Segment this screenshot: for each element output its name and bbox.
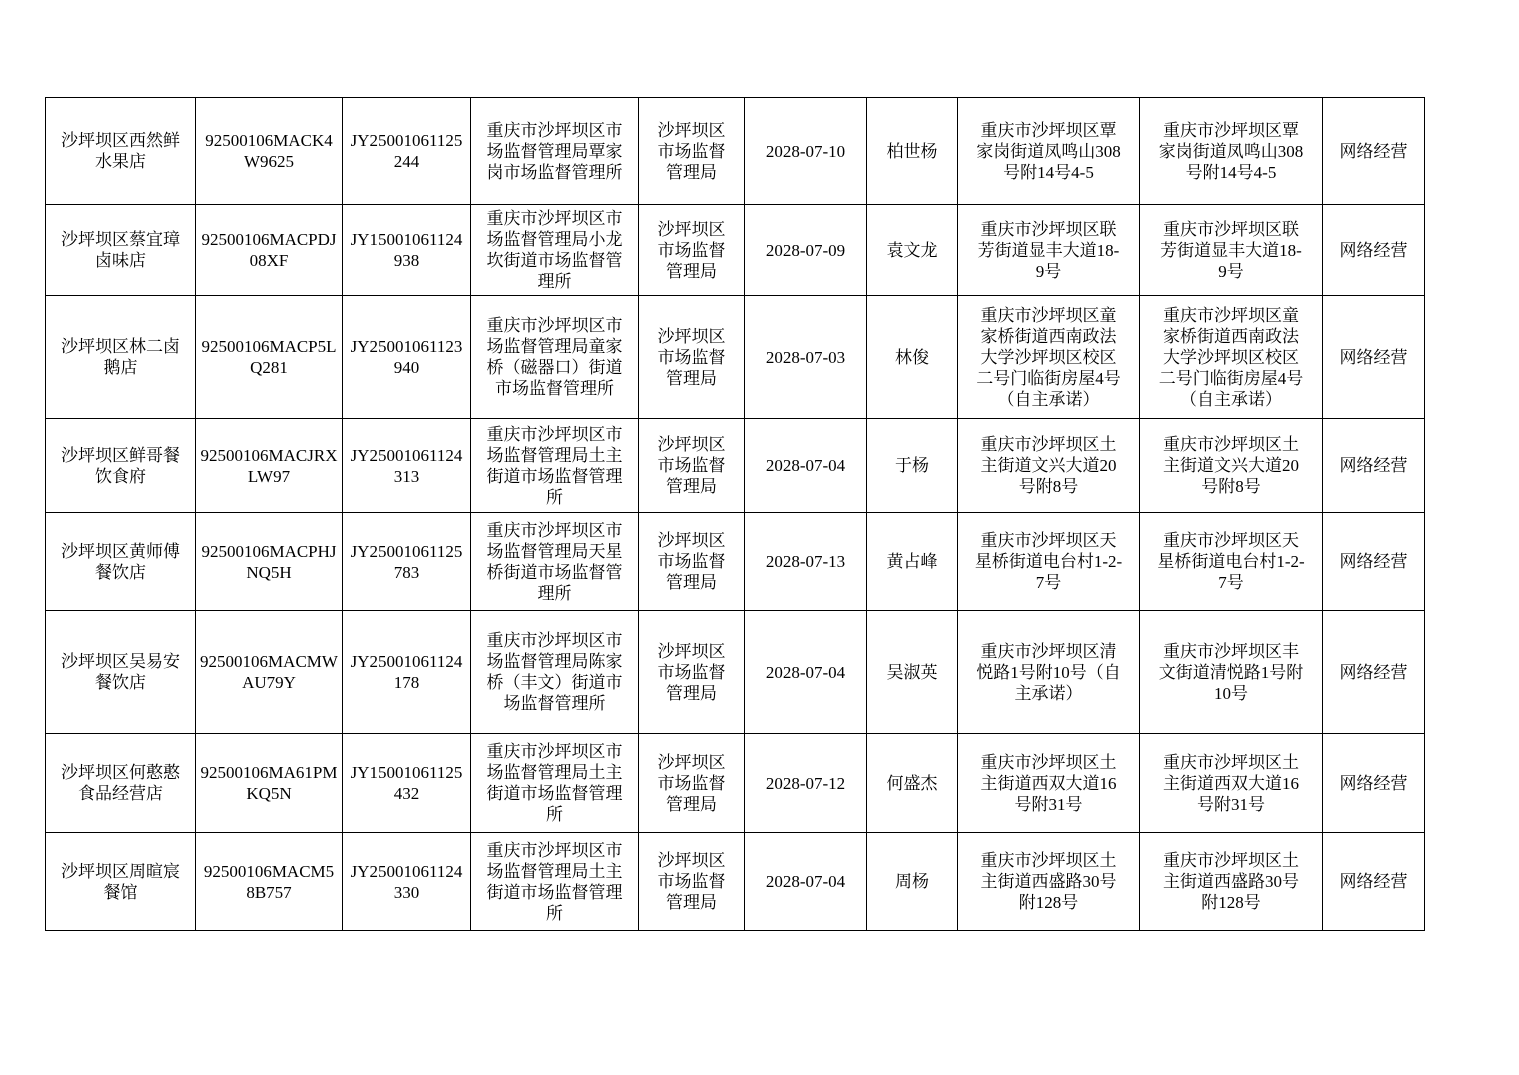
table-row: 沙坪坝区西然鲜水果店 92500106MACK4W9625 JY25001061… <box>46 98 1425 205</box>
cell-valid-date: 2028-07-13 <box>745 513 867 611</box>
cell-valid-date: 2028-07-04 <box>745 419 867 513</box>
cell-business-scope: 网络经营 <box>1323 296 1425 419</box>
cell-business-scope: 网络经营 <box>1323 833 1425 931</box>
cell-operator-name: 柏世杨 <box>867 98 958 205</box>
cell-premises-address: 重庆市沙坪坝区天星桥街道电台村1-2-7号 <box>1140 513 1323 611</box>
cell-credit-code: 92500106MACPHJNQ5H <box>196 513 343 611</box>
table-row: 沙坪坝区林二卤鹅店 92500106MACP5LQ281 JY250010611… <box>46 296 1425 419</box>
cell-business-scope: 网络经营 <box>1323 611 1425 734</box>
cell-license-no: JY15001061125432 <box>343 734 471 833</box>
cell-valid-date: 2028-07-04 <box>745 611 867 734</box>
cell-store-name: 沙坪坝区蔡宜璋卤味店 <box>46 205 196 296</box>
cell-issuing-office: 重庆市沙坪坝区市场监督管理局童家桥（磁器口）街道市场监督管理所 <box>471 296 639 419</box>
cell-store-name: 沙坪坝区西然鲜水果店 <box>46 98 196 205</box>
cell-issuing-office: 重庆市沙坪坝区市场监督管理局土主街道市场监督管理所 <box>471 419 639 513</box>
table-row: 沙坪坝区何憨憨食品经营店 92500106MA61PMKQ5N JY150010… <box>46 734 1425 833</box>
cell-issuing-office: 重庆市沙坪坝区市场监督管理局小龙坎街道市场监督管理所 <box>471 205 639 296</box>
cell-license-no: JY25001061125244 <box>343 98 471 205</box>
cell-authority: 沙坪坝区市场监督管理局 <box>639 419 745 513</box>
cell-premises-address: 重庆市沙坪坝区丰文街道清悦路1号附10号 <box>1140 611 1323 734</box>
cell-business-scope: 网络经营 <box>1323 734 1425 833</box>
cell-issuing-office: 重庆市沙坪坝区市场监督管理局陈家桥（丰文）街道市场监督管理所 <box>471 611 639 734</box>
cell-valid-date: 2028-07-10 <box>745 98 867 205</box>
cell-operator-name: 黄占峰 <box>867 513 958 611</box>
table-row: 沙坪坝区吴易安餐饮店 92500106MACMWAU79Y JY25001061… <box>46 611 1425 734</box>
table-body: 沙坪坝区西然鲜水果店 92500106MACK4W9625 JY25001061… <box>46 98 1425 931</box>
cell-credit-code: 92500106MACK4W9625 <box>196 98 343 205</box>
cell-premises-address: 重庆市沙坪坝区覃家岗街道凤鸣山308号附14号4-5 <box>1140 98 1323 205</box>
cell-valid-date: 2028-07-12 <box>745 734 867 833</box>
cell-authority: 沙坪坝区市场监督管理局 <box>639 205 745 296</box>
cell-business-address: 重庆市沙坪坝区土主街道西双大道16号附31号 <box>958 734 1140 833</box>
cell-business-address: 重庆市沙坪坝区联芳街道显丰大道18-9号 <box>958 205 1140 296</box>
table-row: 沙坪坝区黄师傅餐饮店 92500106MACPHJNQ5H JY25001061… <box>46 513 1425 611</box>
cell-license-no: JY25001061124330 <box>343 833 471 931</box>
cell-license-no: JY25001061124178 <box>343 611 471 734</box>
cell-authority: 沙坪坝区市场监督管理局 <box>639 513 745 611</box>
cell-business-scope: 网络经营 <box>1323 513 1425 611</box>
cell-business-scope: 网络经营 <box>1323 419 1425 513</box>
registration-table: 沙坪坝区西然鲜水果店 92500106MACK4W9625 JY25001061… <box>45 97 1425 931</box>
table-row: 沙坪坝区蔡宜璋卤味店 92500106MACPDJ08XF JY15001061… <box>46 205 1425 296</box>
cell-business-address: 重庆市沙坪坝区童家桥街道西南政法大学沙坪坝区校区二号门临街房屋4号（自主承诺） <box>958 296 1140 419</box>
cell-business-address: 重庆市沙坪坝区清悦路1号附10号（自主承诺） <box>958 611 1140 734</box>
cell-premises-address: 重庆市沙坪坝区土主街道西盛路30号附128号 <box>1140 833 1323 931</box>
cell-store-name: 沙坪坝区吴易安餐饮店 <box>46 611 196 734</box>
cell-credit-code: 92500106MACP5LQ281 <box>196 296 343 419</box>
cell-credit-code: 92500106MACM58B757 <box>196 833 343 931</box>
cell-license-no: JY25001061125783 <box>343 513 471 611</box>
cell-business-address: 重庆市沙坪坝区土主街道文兴大道20号附8号 <box>958 419 1140 513</box>
cell-credit-code: 92500106MA61PMKQ5N <box>196 734 343 833</box>
cell-store-name: 沙坪坝区黄师傅餐饮店 <box>46 513 196 611</box>
cell-operator-name: 于杨 <box>867 419 958 513</box>
cell-valid-date: 2028-07-03 <box>745 296 867 419</box>
document-page: 沙坪坝区西然鲜水果店 92500106MACK4W9625 JY25001061… <box>0 0 1519 1075</box>
cell-authority: 沙坪坝区市场监督管理局 <box>639 296 745 419</box>
cell-operator-name: 周杨 <box>867 833 958 931</box>
cell-store-name: 沙坪坝区林二卤鹅店 <box>46 296 196 419</box>
cell-premises-address: 重庆市沙坪坝区土主街道西双大道16号附31号 <box>1140 734 1323 833</box>
table-row: 沙坪坝区周暄宸餐馆 92500106MACM58B757 JY250010611… <box>46 833 1425 931</box>
cell-premises-address: 重庆市沙坪坝区联芳街道显丰大道18-9号 <box>1140 205 1323 296</box>
cell-store-name: 沙坪坝区何憨憨食品经营店 <box>46 734 196 833</box>
cell-valid-date: 2028-07-09 <box>745 205 867 296</box>
cell-business-address: 重庆市沙坪坝区覃家岗街道凤鸣山308号附14号4-5 <box>958 98 1140 205</box>
cell-business-scope: 网络经营 <box>1323 98 1425 205</box>
cell-business-scope: 网络经营 <box>1323 205 1425 296</box>
cell-store-name: 沙坪坝区鲜哥餐饮食府 <box>46 419 196 513</box>
cell-license-no: JY15001061124938 <box>343 205 471 296</box>
cell-issuing-office: 重庆市沙坪坝区市场监督管理局天星桥街道市场监督管理所 <box>471 513 639 611</box>
cell-business-address: 重庆市沙坪坝区天星桥街道电台村1-2-7号 <box>958 513 1140 611</box>
cell-valid-date: 2028-07-04 <box>745 833 867 931</box>
cell-premises-address: 重庆市沙坪坝区土主街道文兴大道20号附8号 <box>1140 419 1323 513</box>
cell-issuing-office: 重庆市沙坪坝区市场监督管理局土主街道市场监督管理所 <box>471 833 639 931</box>
cell-authority: 沙坪坝区市场监督管理局 <box>639 611 745 734</box>
cell-business-address: 重庆市沙坪坝区土主街道西盛路30号附128号 <box>958 833 1140 931</box>
cell-issuing-office: 重庆市沙坪坝区市场监督管理局土主街道市场监督管理所 <box>471 734 639 833</box>
cell-premises-address: 重庆市沙坪坝区童家桥街道西南政法大学沙坪坝区校区二号门临街房屋4号（自主承诺） <box>1140 296 1323 419</box>
cell-credit-code: 92500106MACJRXLW97 <box>196 419 343 513</box>
cell-license-no: JY25001061124313 <box>343 419 471 513</box>
cell-license-no: JY25001061123940 <box>343 296 471 419</box>
cell-issuing-office: 重庆市沙坪坝区市场监督管理局覃家岗市场监督管理所 <box>471 98 639 205</box>
cell-operator-name: 袁文龙 <box>867 205 958 296</box>
cell-credit-code: 92500106MACPDJ08XF <box>196 205 343 296</box>
cell-credit-code: 92500106MACMWAU79Y <box>196 611 343 734</box>
cell-authority: 沙坪坝区市场监督管理局 <box>639 734 745 833</box>
table-row: 沙坪坝区鲜哥餐饮食府 92500106MACJRXLW97 JY25001061… <box>46 419 1425 513</box>
cell-operator-name: 何盛杰 <box>867 734 958 833</box>
cell-authority: 沙坪坝区市场监督管理局 <box>639 833 745 931</box>
cell-operator-name: 吴淑英 <box>867 611 958 734</box>
cell-authority: 沙坪坝区市场监督管理局 <box>639 98 745 205</box>
cell-operator-name: 林俊 <box>867 296 958 419</box>
cell-store-name: 沙坪坝区周暄宸餐馆 <box>46 833 196 931</box>
